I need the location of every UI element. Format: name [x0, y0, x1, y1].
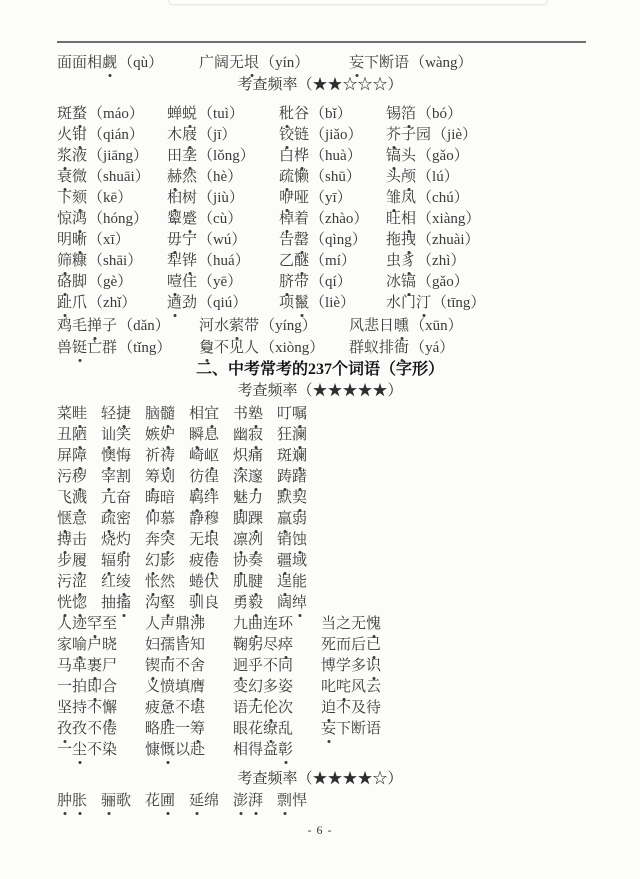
word-char: 驯 [189, 593, 204, 614]
word-entry: 下颏（kē） [57, 188, 167, 209]
word-entry: 肌腱 [233, 572, 277, 593]
word-char: 凛 [233, 530, 248, 551]
word-entry: 踌躇 [277, 467, 612, 488]
word-char: 鼎 [175, 614, 190, 635]
word-char: 笑 [116, 425, 131, 446]
word-char: 疲 [145, 698, 160, 719]
word-char: 兽 [57, 338, 72, 359]
word-char: 妄 [321, 719, 336, 740]
word-entry: 协奏 [233, 551, 277, 572]
word-char: 沟 [145, 593, 160, 614]
word-char: 人 [145, 614, 160, 635]
pinyin-annotation: （qiú） [198, 295, 247, 311]
word-char: 妇 [145, 635, 160, 656]
word-entry: 桕树（jiù） [167, 188, 279, 209]
word-char: 而 [336, 635, 351, 656]
word-char: 愤 [160, 677, 175, 698]
word-char: 歌 [116, 791, 131, 812]
word-char: 一 [175, 719, 190, 740]
word-char: 乎 [248, 656, 263, 677]
word-entry: 迫不及待 [321, 698, 612, 719]
word-char: 舍 [190, 656, 205, 677]
pinyin-annotation: （xī） [88, 232, 130, 248]
word-char: 衙 [394, 338, 409, 359]
word-char: 瞬 [189, 425, 204, 446]
word-char: 宜 [204, 404, 219, 425]
word-char: 劲 [182, 293, 197, 314]
word-row: 明晰（xī）毋宁（wú）告罄（qìng）拖拽（zhuài） [57, 230, 612, 251]
word-entry: 沟壑 [145, 593, 189, 614]
word-entry: 犁铧（huá） [167, 251, 279, 272]
word-char: 深 [233, 467, 248, 488]
word-char: 桦 [294, 146, 309, 167]
word-char: 不 [87, 740, 102, 761]
word-char: 无 [248, 698, 263, 719]
word-char: 祷 [160, 446, 175, 467]
word-char: 一 [57, 740, 72, 761]
word-entry: 脑髓 [145, 404, 189, 425]
word-entry: 疲倦 [189, 551, 233, 572]
word-char: 旺 [386, 209, 401, 230]
word-char: 谷 [294, 104, 309, 125]
word-char: 镐 [386, 146, 401, 167]
word-entry: 亢奋 [101, 488, 145, 509]
word-char: 革 [72, 656, 87, 677]
word-entry: 广阔无垠（yín） [199, 53, 349, 75]
word-char: 趾 [57, 293, 72, 314]
word-entry: 家喻户晓 [57, 635, 145, 656]
word-char: 筹 [190, 719, 205, 740]
word-char: 不 [336, 698, 351, 719]
word-entry: 默契 [277, 488, 612, 509]
word-char: 不 [214, 338, 229, 359]
word-char: 红 [101, 572, 116, 593]
word-char: 罕 [87, 614, 102, 635]
word-char: 声 [160, 614, 175, 635]
word-char: 家 [57, 635, 72, 656]
word-char: 力 [248, 488, 263, 509]
word-char: 语 [366, 719, 381, 740]
word-char: 微 [72, 167, 87, 188]
pinyin-annotation: （mí） [310, 253, 356, 269]
word-entry: 火钳（qián） [57, 125, 167, 146]
pinyin-annotation: （huá） [198, 253, 250, 269]
word-row: 面面相觑（qù）广阔无垠（yín）妄下断语（wàng） [57, 53, 612, 75]
word-row: 孜孜不倦略胜一筹眼花缭乱妄下断语 [57, 719, 612, 740]
word-entry: 敻不见人（xiòng） [199, 338, 349, 360]
word-char: 不 [175, 698, 190, 719]
word-char: 云 [366, 677, 381, 698]
word-char: 彷 [189, 467, 204, 488]
word-entry: 抽搐 [101, 593, 145, 614]
word-entry: 幽寂 [233, 425, 277, 446]
word-char: 叮 [277, 404, 292, 425]
word-char: 群 [102, 338, 117, 359]
word-entry: 瞬息 [189, 425, 233, 446]
word-char: 惫 [160, 698, 175, 719]
word-entry: 噎住（yē） [167, 272, 279, 293]
word-char: 无 [189, 530, 204, 551]
word-char: 垄 [182, 146, 197, 167]
word-char: 愧 [366, 614, 381, 635]
word-char: 染 [102, 740, 117, 761]
word-entry: 头颅（lú） [386, 167, 612, 188]
word-char: 人 [57, 614, 72, 635]
word-entry: 怅然 [145, 572, 189, 593]
word-char: 密 [116, 509, 131, 530]
section2-title: 二、中考常考的237个词语（字形） [0, 359, 640, 381]
word-char: 斑 [57, 104, 72, 125]
word-char: 拍 [72, 677, 87, 698]
word-char: 突 [160, 530, 175, 551]
word-char: 赫 [167, 167, 182, 188]
word-entry: 讪笑 [101, 425, 145, 446]
word-char: 遒 [167, 293, 182, 314]
word-char: 浆 [57, 146, 72, 167]
word-char: 捷 [116, 404, 131, 425]
word-char: 胜 [160, 719, 175, 740]
word-entry: 狂澜 [277, 425, 612, 446]
word-char: 蝥 [72, 104, 87, 125]
word-char: 至 [102, 614, 117, 635]
word-entry: 旺相（xiàng） [386, 209, 612, 230]
pinyin-annotation: （dǎn） [118, 318, 170, 334]
word-row: 火钳（qián）木屐（jī）铰链（jiǎo）芥子园（jiè） [57, 125, 612, 146]
word-char: 弱 [292, 509, 307, 530]
word-entry: 毋宁（wú） [167, 230, 279, 251]
pinyin-annotation: （jī） [198, 127, 236, 143]
word-char: 住 [182, 272, 197, 293]
word-char: 拖 [386, 230, 401, 251]
word-char: 伦 [263, 698, 278, 719]
word-char: 息 [204, 425, 219, 446]
word-char: 乱 [278, 719, 293, 740]
word-char: 倦 [102, 719, 117, 740]
word-char: 幽 [233, 425, 248, 446]
word-char: 彰 [278, 740, 293, 761]
word-char: 膺 [190, 677, 205, 698]
pinyin-annotation: （hè） [198, 169, 242, 185]
word-char: 躬 [248, 635, 263, 656]
word-char: 塾 [248, 404, 263, 425]
word-char: 日 [379, 316, 394, 337]
word-char: 晦 [145, 488, 160, 509]
word-char: 飞 [57, 488, 72, 509]
word-char: 告 [279, 230, 294, 251]
word-row: 坚持不懈疲惫不堪语无伦次迫不及待 [57, 698, 612, 719]
word-entry: 死而后已 [321, 635, 612, 656]
word-char: 已 [366, 635, 381, 656]
word-entry: 魅力 [233, 488, 277, 509]
word-char: 水 [214, 316, 229, 337]
word-entry: 坚持不懈 [57, 698, 145, 719]
word-char: 陋 [72, 425, 87, 446]
word-char: 次 [278, 698, 293, 719]
section1-intro-row: 面面相觑（qù）广阔无垠（yín）妄下断语（wàng） [57, 53, 612, 75]
word-char: 默 [277, 488, 292, 509]
word-char: 怅 [145, 572, 160, 593]
word-char: 罄 [294, 230, 309, 251]
word-entry: 当之无愧 [321, 614, 612, 635]
word-char: 眼 [233, 719, 248, 740]
word-char: 畦 [72, 404, 87, 425]
word-char: 爪 [72, 293, 87, 314]
word-char: 之 [336, 614, 351, 635]
word-char: 鬣 [294, 293, 309, 314]
word-entry: 澎湃 [233, 791, 277, 812]
word-char: 液 [72, 146, 87, 167]
word-char: 悍 [292, 791, 307, 812]
word-char: 颦 [167, 209, 182, 230]
word-row: 人迹罕至人声鼎沸九曲连环当之无愧 [57, 614, 612, 635]
word-entry: 趾爪（zhǐ） [57, 293, 167, 314]
word-char: 蜕 [182, 104, 197, 125]
word-char: 脐 [279, 272, 294, 293]
word-entry: 义愤填膺 [145, 677, 233, 698]
word-char: 雏 [386, 188, 401, 209]
word-char: 叱 [321, 677, 336, 698]
word-char: 略 [145, 719, 160, 740]
word-char: 懒 [294, 167, 309, 188]
word-char: 晰 [72, 230, 87, 251]
word-char: 踝 [248, 509, 263, 530]
word-entry: 博学多识 [321, 656, 612, 677]
word-entry: 镐头（gǎo） [386, 146, 612, 167]
word-entry: 羸弱 [277, 509, 612, 530]
word-entry: 羁绊 [189, 488, 233, 509]
word-entry: 硌脚（gè） [57, 272, 167, 293]
word-char: 马 [57, 656, 72, 677]
word-char: 敻 [199, 338, 214, 359]
word-row: 趾爪（zhǐ）遒劲（qiú）项鬣（liè）水门汀（tīng） [57, 293, 612, 314]
word-char: 豸 [401, 251, 416, 272]
word-char: 姿 [278, 677, 293, 698]
word-char: 孺 [160, 635, 175, 656]
word-char: 岖 [204, 446, 219, 467]
pinyin-annotation: （yíng） [260, 318, 317, 334]
word-char: 绊 [204, 488, 219, 509]
word-char: 灼 [116, 530, 131, 551]
word-char: 良 [204, 593, 219, 614]
word-entry: 筹划 [145, 467, 189, 488]
word-char: 狂 [277, 425, 292, 446]
word-entry: 步履 [57, 551, 101, 572]
word-char: 铧 [182, 251, 197, 272]
word-entry: 斑蝥（máo） [57, 104, 167, 125]
word-entry: 凛冽 [233, 530, 277, 551]
word-entry: 嫉妒 [145, 425, 189, 446]
word-char: 断 [379, 53, 394, 74]
word-char: 拽 [401, 230, 416, 251]
word-char: 蹙 [182, 209, 197, 230]
word-char: 子 [401, 125, 416, 146]
word-row: 惊鸿（hóng）颦蹙（cù）棹着（zhào）旺相（xiàng） [57, 209, 612, 230]
word-char: 惚 [72, 593, 87, 614]
word-char: 羸 [277, 509, 292, 530]
word-entry: 衰微（shuāi） [57, 167, 167, 188]
word-char: 面 [57, 53, 72, 74]
word-char: 棹 [279, 209, 294, 230]
page-number: - 6 - [0, 820, 640, 841]
word-entry: 污涩 [57, 572, 101, 593]
word-char: 脚 [72, 272, 87, 293]
pinyin-annotation: （xūn） [410, 318, 463, 334]
word-char: 搏 [57, 530, 72, 551]
word-char: 头 [401, 146, 416, 167]
word-char: 语 [394, 53, 409, 74]
word-char: 慨 [160, 740, 175, 761]
word-char: 子 [102, 316, 117, 337]
word-char: 颏 [72, 188, 87, 209]
word-char: 障 [72, 446, 87, 467]
word-char: 花 [248, 719, 263, 740]
word-entry: 仰慕 [145, 509, 189, 530]
pinyin-annotation: （huà） [310, 148, 362, 164]
word-char: 悔 [116, 446, 131, 467]
word-entry: 静穆 [189, 509, 233, 530]
word-char: 犁 [167, 251, 182, 272]
word-entry: 九曲连环 [233, 614, 321, 635]
word-entry: 遒劲（qiú） [167, 293, 279, 314]
word-char: 然 [182, 167, 197, 188]
word-char: 风 [349, 316, 364, 337]
word-entry: 炽痛 [233, 446, 277, 467]
word-entry: 逞能 [277, 572, 612, 593]
word-entry: 屏障 [57, 446, 101, 467]
word-char: 惊 [57, 209, 72, 230]
word-char: 毅 [248, 593, 263, 614]
word-char: 同 [278, 656, 293, 677]
word-char: 污 [57, 572, 72, 593]
word-entry: 丑陋 [57, 425, 101, 446]
word-entry: 兽铤亡群（tǐng） [57, 338, 199, 360]
word-entry: 斑斓 [277, 446, 612, 467]
pinyin-annotation: （máo） [88, 106, 144, 122]
word-char: 颅 [401, 167, 416, 188]
word-char: 即 [87, 677, 102, 698]
word-entry: 铰链（jiǎo） [279, 125, 386, 146]
word-entry: 白桦（huà） [279, 146, 386, 167]
word-char: 萦 [229, 316, 244, 337]
word-entry: 锡箔（bó） [386, 104, 612, 125]
word-char: 铰 [279, 125, 294, 146]
word-char: 沸 [190, 614, 205, 635]
word-char: 仰 [145, 509, 160, 530]
word-char: 面 [72, 53, 87, 74]
word-entry: 奔突 [145, 530, 189, 551]
word-char: 无 [351, 614, 366, 635]
word-char: 不 [175, 656, 190, 677]
word-char: 邃 [248, 467, 263, 488]
word-char: 义 [145, 677, 160, 698]
word-char: 履 [72, 551, 87, 572]
word-char: 园 [416, 125, 431, 146]
word-char: 徨 [204, 467, 219, 488]
word-char: 着 [294, 209, 309, 230]
word-entry: 一尘不染 [57, 740, 145, 761]
word-char: 划 [160, 467, 175, 488]
word-char: 祈 [145, 446, 160, 467]
word-row: 兽铤亡群（tǐng）敻不见人（xiòng）群蚁排衙（yá） [57, 338, 612, 360]
word-entry: 人迹罕至 [57, 614, 145, 635]
word-char: 契 [292, 488, 307, 509]
word-char: 脑 [145, 404, 160, 425]
word-char: 持 [72, 698, 87, 719]
word-char: 尸 [102, 656, 117, 677]
word-char: 勇 [233, 593, 248, 614]
word-char: 惬 [57, 509, 72, 530]
pinyin-annotation: （wú） [198, 232, 246, 248]
word-char: 排 [379, 338, 394, 359]
word-entry: 深邃 [233, 467, 277, 488]
word-row: 硌脚（gè）噎住（yē）脐带（qí）冰镐（gǎo） [57, 272, 612, 293]
word-char: 裹 [87, 656, 102, 677]
word-entry: 马革裹尸 [57, 656, 145, 677]
word-char: 涩 [72, 572, 87, 593]
word-char: 绰 [292, 593, 307, 614]
word-char: 带 [294, 272, 309, 293]
word-char: 一 [57, 677, 72, 698]
word-char: 当 [321, 614, 336, 635]
word-char: 门 [401, 293, 416, 314]
word-char: 炽 [233, 446, 248, 467]
word-row: 步履辐射幻影疲倦协奏疆域 [57, 551, 612, 572]
pinyin-annotation: （gǎo） [417, 274, 469, 290]
word-char: 暗 [160, 488, 175, 509]
frequency-rating-1: 考查频率（★★☆☆☆） [0, 75, 640, 96]
pinyin-annotation: （lú） [417, 169, 459, 185]
word-entry: 筛糠（shāi） [57, 251, 167, 272]
word-entry: 宰割 [101, 467, 145, 488]
word-entry: 轻捷 [101, 404, 145, 425]
word-char: 坚 [57, 698, 72, 719]
word-char: 髓 [160, 404, 175, 425]
word-char: 晓 [102, 635, 117, 656]
word-char: 冽 [248, 530, 263, 551]
frequency-rating-2: 考查频率（★★★★★） [0, 381, 640, 402]
word-entry: 相宜 [189, 404, 233, 425]
section2-idiom-grid: 人迹罕至人声鼎沸九曲连环当之无愧家喻户晓妇孺皆知鞠躬尽瘁死而后已马革裹尸锲而不舍… [57, 614, 612, 761]
word-char: 语 [233, 698, 248, 719]
word-entry: 明晰（xī） [57, 230, 167, 251]
word-char: 圃 [160, 791, 175, 812]
word-entry: 骊歌 [101, 791, 145, 812]
word-char: 嘱 [292, 404, 307, 425]
word-char: 孜 [57, 719, 72, 740]
word-char: 咿 [279, 188, 294, 209]
word-char: 恍 [57, 593, 72, 614]
word-entry: 勇毅 [233, 593, 277, 614]
word-char: 硌 [57, 272, 72, 293]
word-row: 飞溅亢奋晦暗羁绊魅力默契 [57, 488, 612, 509]
word-char: 合 [102, 677, 117, 698]
word-char: 带 [244, 316, 259, 337]
word-char: 慷 [145, 740, 160, 761]
word-char: 疲 [189, 551, 204, 572]
word-char: 锲 [145, 656, 160, 677]
word-entry: 鸡毛掸子（dǎn） [57, 316, 199, 338]
word-char: 澎 [233, 791, 248, 812]
pinyin-annotation: （qián） [88, 127, 144, 143]
word-entry: 销蚀 [277, 530, 612, 551]
word-char: 觑 [102, 53, 117, 74]
word-entry: 疲惫不堪 [145, 698, 233, 719]
word-char: 魅 [233, 488, 248, 509]
word-char: 下 [364, 53, 379, 74]
word-entry: 雏凤（chú） [386, 188, 612, 209]
word-entry: 木屐（jī） [167, 125, 279, 146]
pinyin-annotation: （yē） [198, 274, 242, 290]
